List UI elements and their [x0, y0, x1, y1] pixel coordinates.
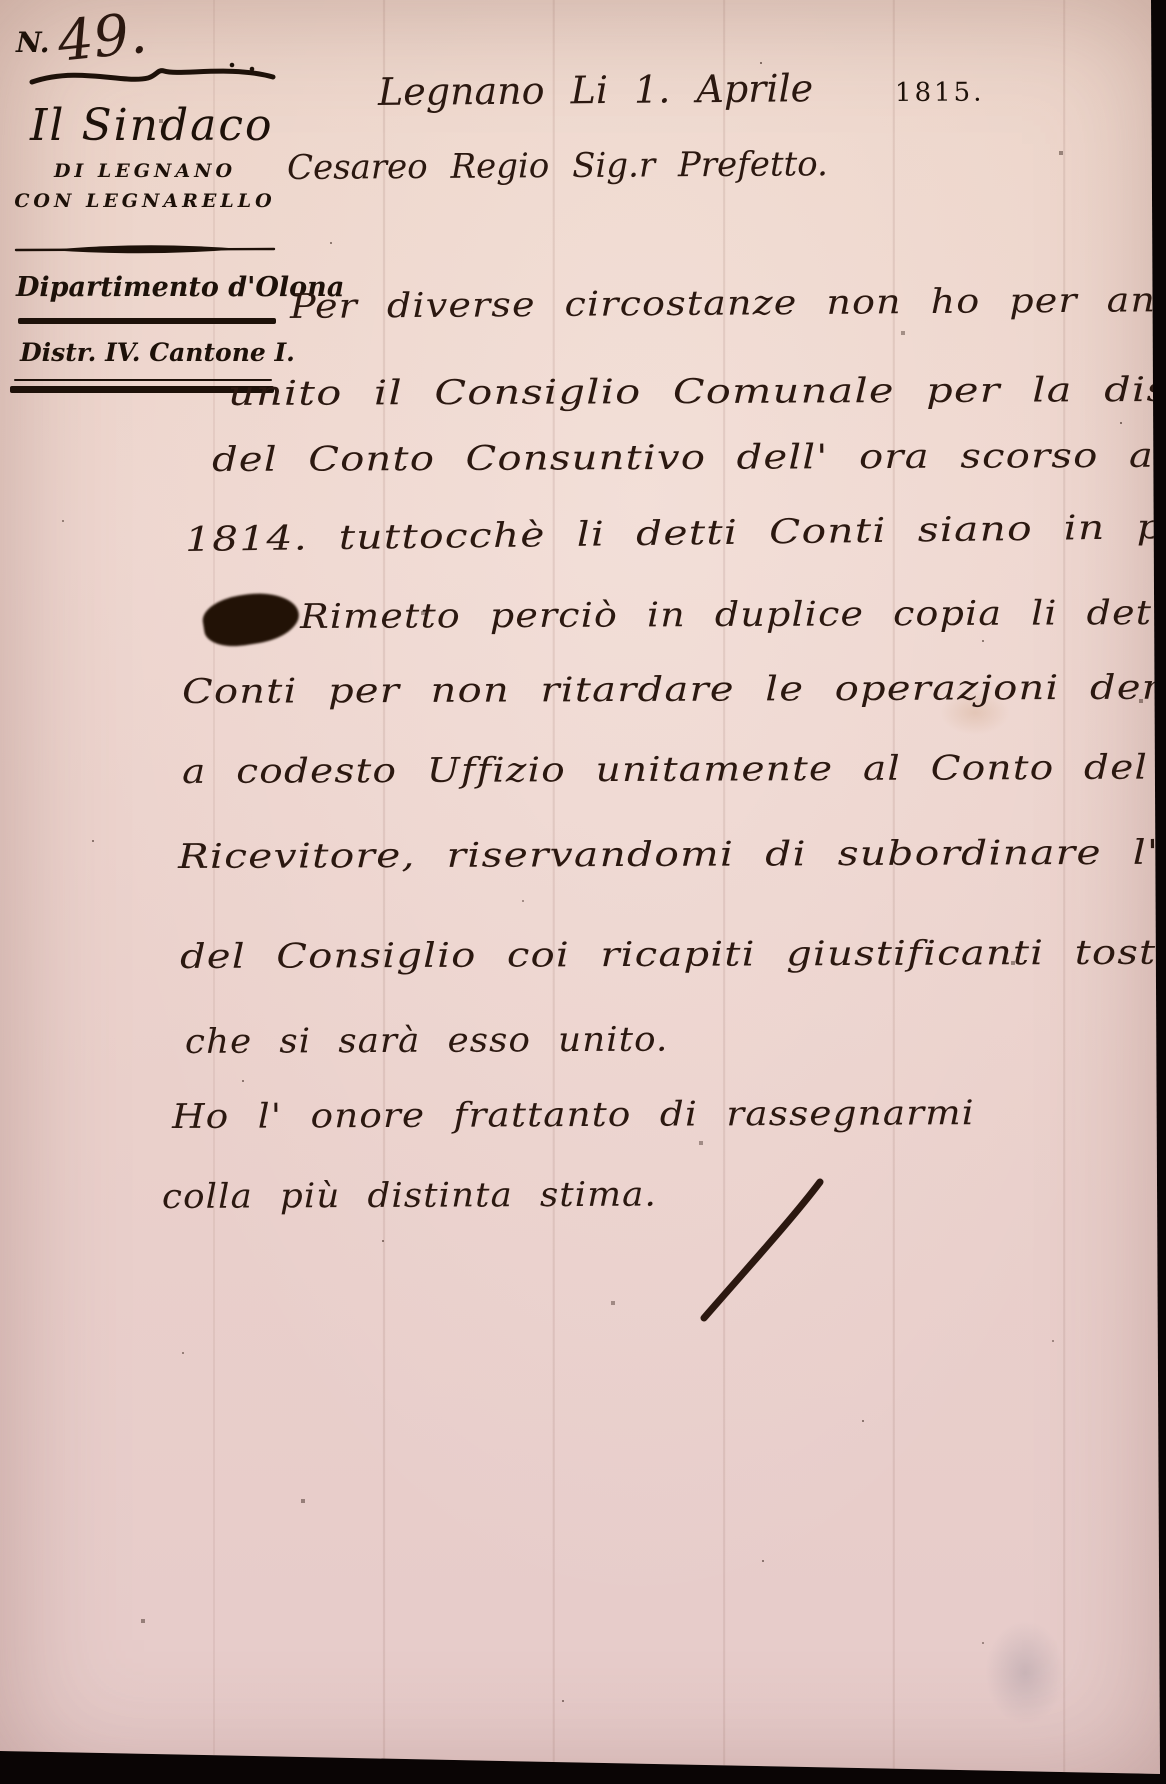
dateline-year: 1815.: [895, 78, 985, 108]
body-line: unito il Consiglio Comunale per la disam…: [228, 369, 1166, 414]
paper-chainlines-texture: [0, 0, 1166, 1784]
body-line: Ricevitore, riservandomi di subordinare …: [178, 832, 1166, 877]
letterhead-number-label: N.: [16, 26, 50, 59]
closing-line: colla più distinta stima.: [162, 1175, 657, 1217]
scanned-letter-page: N. 49. Il Sindaco DI LEGNANO CON LEGNARE…: [0, 0, 1166, 1784]
paper-specks: [0, 0, 2, 2]
pen-flourish: [698, 1178, 828, 1323]
spindle-rule: [14, 240, 276, 260]
body-line: che si sarà esso unito.: [185, 1020, 669, 1062]
body-line: Conti per non ritardare le operazjoni de…: [182, 667, 1166, 712]
closing-line: Ho l' onore frattanto di rassegnarmi: [172, 1093, 975, 1137]
letterhead-title: Il Sindaco: [30, 100, 274, 151]
salutation: Cesareo Regio Sig.r Prefetto.: [287, 144, 828, 188]
flourish-underline: [28, 60, 278, 94]
body-line: a codesto Uffizio unitamente al Conto de…: [182, 748, 1148, 792]
letterhead-subtitle-2: CON LEGNARELLO: [0, 190, 290, 212]
body-line: del Consiglio coi ricapiti giustificanti…: [180, 933, 1166, 977]
dateline-place-date: Legnano Li 1. Aprile: [378, 66, 814, 114]
letterhead-rule: [18, 318, 276, 324]
body-line: Rimetto perciò in duplice copia li detti: [300, 593, 1166, 637]
body-line: del Conto Consuntivo dell' ora scorso an…: [212, 435, 1166, 480]
paper-stain: [985, 1620, 1065, 1725]
body-line: Per diverse circostanze non ho per anco: [290, 280, 1166, 327]
letterhead-subtitle-1: DI LEGNANO: [0, 160, 290, 182]
letterhead-district: Distr. IV. Cantone I.: [20, 338, 295, 367]
paper-sheet: N. 49. Il Sindaco DI LEGNANO CON LEGNARE…: [0, 0, 1166, 1784]
